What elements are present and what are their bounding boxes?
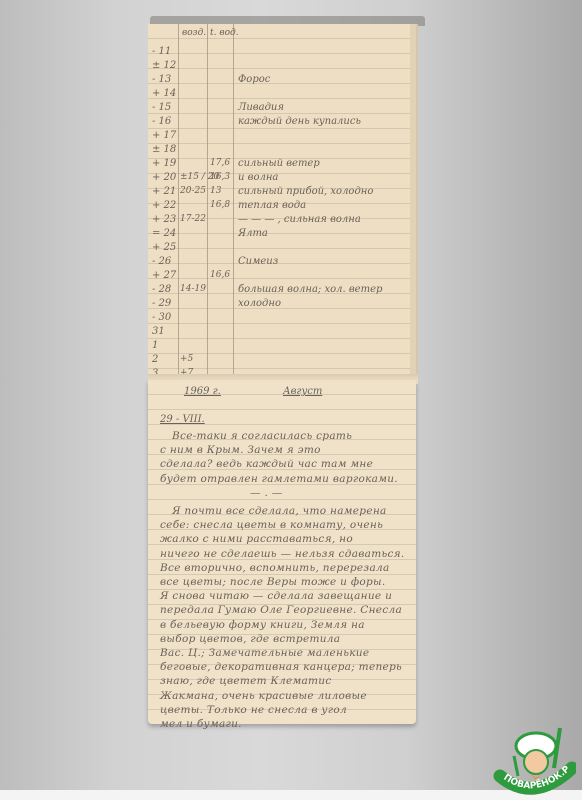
row-day: 31 <box>152 326 165 337</box>
diary-line: Все вторично, вспомнить, перерезала <box>160 562 390 574</box>
row-note: каждый день купались <box>238 116 361 127</box>
row-note: сильный ветер <box>238 158 320 169</box>
row-water-temp: 13 <box>210 186 221 196</box>
row-day: - 30 <box>152 312 171 323</box>
row-day: - 11 <box>152 46 171 57</box>
row-water-temp: 16,6 <box>210 270 230 280</box>
diary-line: будет отравлен гамлетами варгоками. <box>160 473 398 485</box>
diary-line: знаю, где цветет Клематис <box>160 675 332 687</box>
row-day: - 15 <box>152 102 171 113</box>
povarenok-logo: ПОВАРЁНОК.РУ <box>490 716 576 796</box>
diary-line: себе: снесла цветы в комнату, очень <box>160 519 383 531</box>
header-water-temp: t. вод. <box>210 28 239 38</box>
row-day: + 23 <box>152 214 176 225</box>
column-divider-2 <box>207 24 208 376</box>
row-day: - 16 <box>152 116 171 127</box>
row-day: ± 18 <box>152 144 176 155</box>
column-divider-3 <box>233 24 234 376</box>
row-air-temp: 14-19 <box>180 284 206 294</box>
row-note: Симеиз <box>238 256 278 267</box>
row-air-temp: 20-25 <box>180 186 206 196</box>
row-day: ± 12 <box>152 60 176 71</box>
row-day: 2 <box>152 354 158 365</box>
row-note: сильный прибой, холодно <box>238 186 373 197</box>
row-water-temp: 16,8 <box>210 200 230 210</box>
row-note: Ливадия <box>238 102 284 113</box>
row-water-temp: 17,6 <box>210 158 230 168</box>
row-day: - 13 <box>152 74 171 85</box>
diary-line: с ним в Крым. Зачем я это <box>160 444 321 456</box>
diary-line: цветы. Только не снесла в угол <box>160 704 347 716</box>
row-note: большая волна; хол. ветер <box>238 284 382 295</box>
row-note: теплая вода <box>238 200 306 211</box>
diary-line: мел и бумаги. <box>160 718 242 730</box>
diary-line: Я снова читаю — сделала завещание и <box>160 590 392 602</box>
date-heading: 29 - VIII. <box>160 414 205 425</box>
row-note: и волна <box>238 172 278 183</box>
row-day: + 14 <box>152 88 176 99</box>
row-note: Ялта <box>238 228 268 239</box>
row-day: + 17 <box>152 130 176 141</box>
separator: — . — <box>250 487 283 499</box>
row-day: + 21 <box>152 186 176 197</box>
year-heading: 1969 г. <box>184 386 221 397</box>
diary-line: в бельевую форму книги, Земля на <box>160 619 365 631</box>
diary-line: сделала? ведь каждый час там мне <box>160 458 373 470</box>
row-day: - 26 <box>152 256 171 267</box>
diary-line: ничего не сделаешь — нельзя сдаваться. <box>160 548 405 560</box>
diary-line: Жакмана, очень красивые лиловые <box>160 690 367 702</box>
diary-line: беговые, декоративная канцера; теперь <box>160 661 402 673</box>
row-note: Форос <box>238 74 270 85</box>
diary-line: Вас. Ц.; Замечательные маленькие <box>160 647 369 659</box>
column-divider-1 <box>178 24 179 376</box>
row-day: + 27 <box>152 270 176 281</box>
row-air-temp: +5 <box>180 354 193 364</box>
diary-line: выбор цветов, где встретила <box>160 633 340 645</box>
diary-line: Я почти все сделала, что намерена <box>172 505 387 517</box>
row-day: + 20 <box>152 172 176 183</box>
row-day: + 25 <box>152 242 176 253</box>
row-day: = 24 <box>152 228 176 239</box>
row-day: + 22 <box>152 200 176 211</box>
diary-line: все цветы; после Веры тоже и форы. <box>160 576 386 588</box>
diary-line: жалко с ними расставаться, но <box>160 533 353 545</box>
row-note: холодно <box>238 298 281 309</box>
row-air-temp: 17-22 <box>180 214 206 224</box>
diary-line: Все-таки я согласилась срать <box>172 430 352 442</box>
header-air-temp: возд. <box>182 28 206 38</box>
row-day: - 28 <box>152 284 171 295</box>
row-day: - 29 <box>152 298 171 309</box>
month-heading: Август <box>283 386 322 397</box>
row-day: + 19 <box>152 158 176 169</box>
diary-line: передала Гумаю Оле Георгиевне. Снесла <box>160 604 402 616</box>
row-note: — — — , сильная волна <box>238 214 361 225</box>
row-water-temp: 16,3 <box>210 172 230 182</box>
row-day: 1 <box>152 340 158 351</box>
